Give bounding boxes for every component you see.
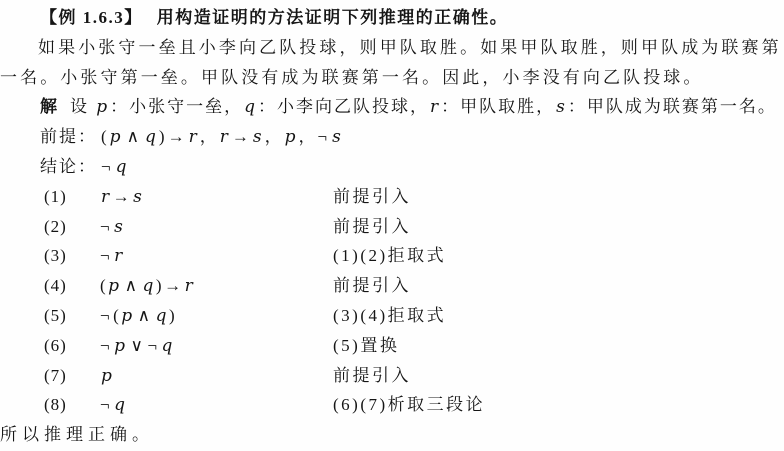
step-number: (8) (44, 390, 67, 420)
solution-intro: 解设 p：小张守一垒，q：小李向乙队投球，r：甲队取胜，s：甲队成为联赛第一名。 (0, 92, 784, 122)
step-formula: ¬(p∧q) (100, 301, 176, 332)
step-formula: ¬q (100, 390, 127, 421)
premise-line: 前提：(p∧q)→r，r→s，p，¬s (0, 122, 784, 152)
problem-line-2: 一名。小张守第一垒。甲队没有成为联赛第一名。因此，小李没有向乙队投球。 (0, 63, 784, 93)
step-number: (6) (44, 331, 67, 361)
proof-step: (1)r→s前提引入 (0, 182, 784, 212)
problem-line-1: 如果小张守一垒且小李向乙队投球，则甲队取胜。如果甲队取胜，则甲队成为联赛第 (0, 33, 784, 63)
proof-step: (4)(p∧q)→r前提引入 (0, 271, 784, 301)
conclusion-formula: ¬q (101, 157, 129, 176)
step-formula: ¬s (100, 212, 125, 243)
step-number: (2) (44, 212, 67, 242)
step-formula: ¬r (100, 241, 125, 272)
step-number: (4) (44, 271, 67, 301)
closing-statement: 所以推理正确。 (0, 420, 784, 450)
step-number: (1) (44, 182, 67, 212)
proof-step: (2)¬s前提引入 (0, 212, 784, 242)
proof-step: (6)¬p∨¬q(5)置换 (0, 331, 784, 361)
step-number: (7) (44, 361, 67, 391)
example-title: 用构造证明的方法证明下列推理的正确性。 (157, 8, 509, 27)
step-reason: 前提引入 (333, 271, 411, 301)
step-number: (5) (44, 301, 67, 331)
step-formula: r→s (100, 182, 144, 213)
premise-formula: (p∧q)→r，r→s，p，¬s (101, 127, 344, 146)
step-number: (3) (44, 241, 67, 271)
step-reason: 前提引入 (333, 182, 411, 212)
step-reason: (3)(4)拒取式 (333, 301, 446, 331)
step-reason: 前提引入 (333, 212, 411, 242)
step-reason: (1)(2)拒取式 (333, 241, 446, 271)
step-formula: ¬p∨¬q (100, 331, 175, 362)
conclusion-line: 结论：¬q (0, 152, 784, 182)
proof-step: (5)¬(p∧q)(3)(4)拒取式 (0, 301, 784, 331)
step-reason: (5)置换 (333, 331, 399, 361)
textbook-page: 【例 1.6.3】用构造证明的方法证明下列推理的正确性。 如果小张守一垒且小李向… (0, 0, 784, 451)
example-label: 【例 1.6.3】 (40, 8, 143, 27)
conclusion-label: 结论： (40, 157, 97, 176)
step-formula: p (100, 361, 114, 392)
step-reason: 前提引入 (333, 361, 411, 391)
solution-label: 解 (40, 97, 57, 116)
solution-setup: 设 p：小张守一垒，q：小李向乙队投球，r：甲队取胜，s：甲队成为联赛第一名。 (70, 97, 777, 116)
proof-step: (3)¬r(1)(2)拒取式 (0, 241, 784, 271)
proof-step: (7)p前提引入 (0, 361, 784, 391)
step-reason: (6)(7)析取三段论 (333, 390, 485, 420)
step-formula: (p∧q)→r (100, 271, 195, 302)
example-heading: 【例 1.6.3】用构造证明的方法证明下列推理的正确性。 (0, 3, 784, 33)
proof-step: (8)¬q(6)(7)析取三段论 (0, 390, 784, 420)
proof-steps: (1)r→s前提引入(2)¬s前提引入(3)¬r(1)(2)拒取式(4)(p∧q… (0, 182, 784, 420)
premise-label: 前提： (40, 127, 97, 146)
